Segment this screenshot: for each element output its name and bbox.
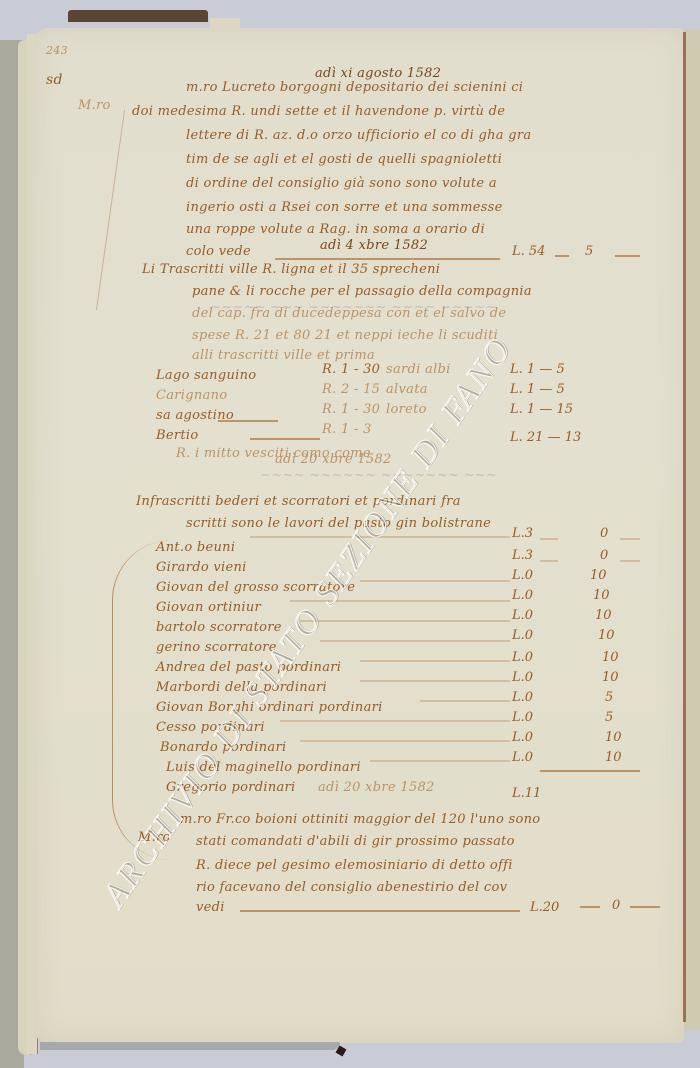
item-sub: R. 1 - 30	[322, 402, 380, 417]
ruled-line	[280, 720, 510, 722]
entry-amount: L. 21 — 13	[510, 430, 581, 445]
list-item-name: Marbordi della pordinari	[156, 680, 327, 695]
entry-line: alli trascritti ville et prima	[192, 348, 375, 363]
ruled-line	[580, 906, 600, 908]
ruled-line	[620, 560, 640, 562]
ruled-line	[300, 740, 510, 742]
list-item-soldi: 5	[605, 710, 613, 725]
binding-edge	[683, 32, 686, 1022]
list-item-amount: L.0	[512, 588, 533, 603]
item-label: Carignano	[156, 388, 227, 403]
item-note: loreto	[386, 402, 427, 417]
entry-line: Infrascritti bederi et scorratori et por…	[136, 494, 461, 509]
amount-lire: L. 54	[512, 244, 545, 259]
entry-line: ingerio osti a Rsei con sorre et una som…	[186, 200, 503, 215]
ruled-line	[540, 538, 558, 540]
entry-line: stati comandati d'abili di gir prossimo …	[196, 834, 515, 849]
entry-date: adì 20 xbre 1582	[318, 780, 435, 795]
entry-line: m.ro Fr.co boioni ottiniti maggior del 1…	[180, 812, 540, 827]
list-item-amount: L.3	[512, 526, 533, 541]
ruled-line	[420, 700, 510, 702]
list-item-name: gerino scorratore	[156, 640, 277, 655]
item-sub: R. 2 - 15	[322, 382, 380, 397]
list-item-amount: L.0	[512, 568, 533, 583]
ruled-line	[250, 438, 320, 440]
list-item-name: Ant.o beuni	[156, 540, 235, 555]
entry-line: spese R. 21 et 80 21 et neppi ieche li s…	[192, 328, 498, 343]
ruled-line	[218, 420, 278, 422]
list-item-soldi: 10	[598, 628, 615, 643]
bleed-through-text: ~~~~ ~~~~~~ ~~~~~~~ ~~~	[260, 468, 497, 483]
list-item-soldi: 10	[593, 588, 610, 603]
list-item-name: Gregorio pordinari	[166, 780, 296, 795]
ruled-line	[320, 640, 510, 642]
list-item-soldi: 10	[605, 750, 622, 765]
list-item-name: Luis del maginello pordinari	[166, 760, 361, 775]
list-item-soldi: 0	[600, 526, 608, 541]
entry-line: una roppe volute a Rag. in soma a orario…	[186, 222, 485, 237]
entry-line: pane & li rocche per el passagio della c…	[192, 284, 532, 299]
margin-mark: sd	[46, 72, 63, 88]
ruled-line	[240, 910, 520, 912]
list-item-amount: L.0	[512, 710, 533, 725]
list-item-name: Cesso pordinari	[156, 720, 265, 735]
list-item-soldi: 10	[602, 650, 619, 665]
list-item-name: Girardo vieni	[156, 560, 247, 575]
item-amount: L. 1 — 5	[510, 382, 565, 397]
entry-line: doi medesima R. undi sette et il havendo…	[132, 104, 505, 119]
entry-line: Li Trascritti ville R. ligna et il 35 sp…	[142, 262, 440, 277]
entry-line: di ordine del consiglio già sono sono vo…	[186, 176, 497, 191]
ruled-line	[360, 580, 510, 582]
item-label: Bertio	[156, 428, 198, 443]
item-sub: R. 1 - 3	[322, 422, 372, 437]
item-sub: R. 1 - 30	[322, 362, 380, 377]
list-item-name: Andrea del pasto pordinari	[156, 660, 341, 675]
ruled-line	[620, 538, 640, 540]
ruled-line	[275, 258, 500, 260]
list-item-amount: L.0	[512, 670, 533, 685]
entry-line: scritti sono le lavori del pasto gin bol…	[186, 516, 491, 531]
item-amount: L. 1 — 15	[510, 402, 573, 417]
total-rule	[540, 770, 640, 772]
list-item-amount: L.3	[512, 548, 533, 563]
ruled-line	[250, 536, 510, 538]
ruled-line	[615, 255, 640, 257]
page-shadow	[40, 1042, 340, 1050]
amount-soldi: 5	[585, 244, 593, 259]
entry-line: R. diece pel gesimo elemosiniario di det…	[196, 858, 513, 873]
entry-line: m.ro Lucreto borgogni depositario dei sc…	[186, 80, 523, 95]
list-item-soldi: 10	[595, 608, 612, 623]
list-item-soldi: 10	[605, 730, 622, 745]
list-item-name: Giovan Borghi ordinari pordinari	[156, 700, 383, 715]
ruled-line	[370, 760, 510, 762]
entry-line: vedi	[196, 900, 225, 915]
item-label: Lago sanguino	[156, 368, 256, 383]
paper-tear	[210, 18, 240, 32]
entry-soldi: 0	[612, 898, 620, 913]
list-item-amount: L.0	[512, 690, 533, 705]
entry-date: adì 20 xbre 1582	[275, 452, 392, 467]
binding-tab	[68, 10, 208, 22]
entry-line: rio facevano del consiglio abenestirio d…	[196, 880, 507, 895]
item-note: alvata	[386, 382, 428, 397]
list-item-amount: L.0	[512, 628, 533, 643]
list-item-soldi: 10	[590, 568, 607, 583]
entry-line: colo vede	[186, 244, 251, 259]
entry-margin-label: M.ro	[138, 830, 171, 845]
list-item-amount: L.0	[512, 750, 533, 765]
entry-margin-label: M.ro	[78, 98, 111, 113]
entry-line: tim de se agli et el gosti de quelli spa…	[186, 152, 502, 167]
entry-amount: L.20	[530, 900, 559, 915]
item-note: sardi albi	[386, 362, 451, 377]
bleed-through-text: ~~~~~ ~~~ ~~~~~~~ ~~~~ ~~~~~	[210, 300, 496, 315]
list-item-soldi: 10	[602, 670, 619, 685]
list-item-amount: L.0	[512, 730, 533, 745]
list-item-amount: L.0	[512, 608, 533, 623]
entry-line: lettere di R. az. d.o orzo ufficiorio el…	[186, 128, 531, 143]
ruled-line	[290, 600, 510, 602]
list-total: L.11	[512, 786, 541, 801]
list-item-name: Giovan ortiniur	[156, 600, 261, 615]
list-item-name: bartolo scorratore	[156, 620, 282, 635]
ink-blot	[336, 1046, 347, 1057]
ruled-line	[555, 255, 569, 257]
ruled-line	[360, 660, 510, 662]
list-item-soldi: 0	[600, 548, 608, 563]
folio-number: 243	[46, 44, 68, 57]
entry-date: adì 4 xbre 1582	[320, 238, 428, 253]
ruled-line	[360, 680, 510, 682]
list-item-amount: L.0	[512, 650, 533, 665]
item-amount: L. 1 — 5	[510, 362, 565, 377]
list-item-name: Bonardo pordinari	[160, 740, 286, 755]
ruled-line	[630, 906, 660, 908]
list-item-soldi: 5	[605, 690, 613, 705]
ruled-line	[300, 620, 510, 622]
entry-date: adì xi agosto 1582	[315, 66, 441, 81]
list-item-name: Giovan del grosso scorratore	[156, 580, 355, 595]
ruled-line	[540, 560, 558, 562]
